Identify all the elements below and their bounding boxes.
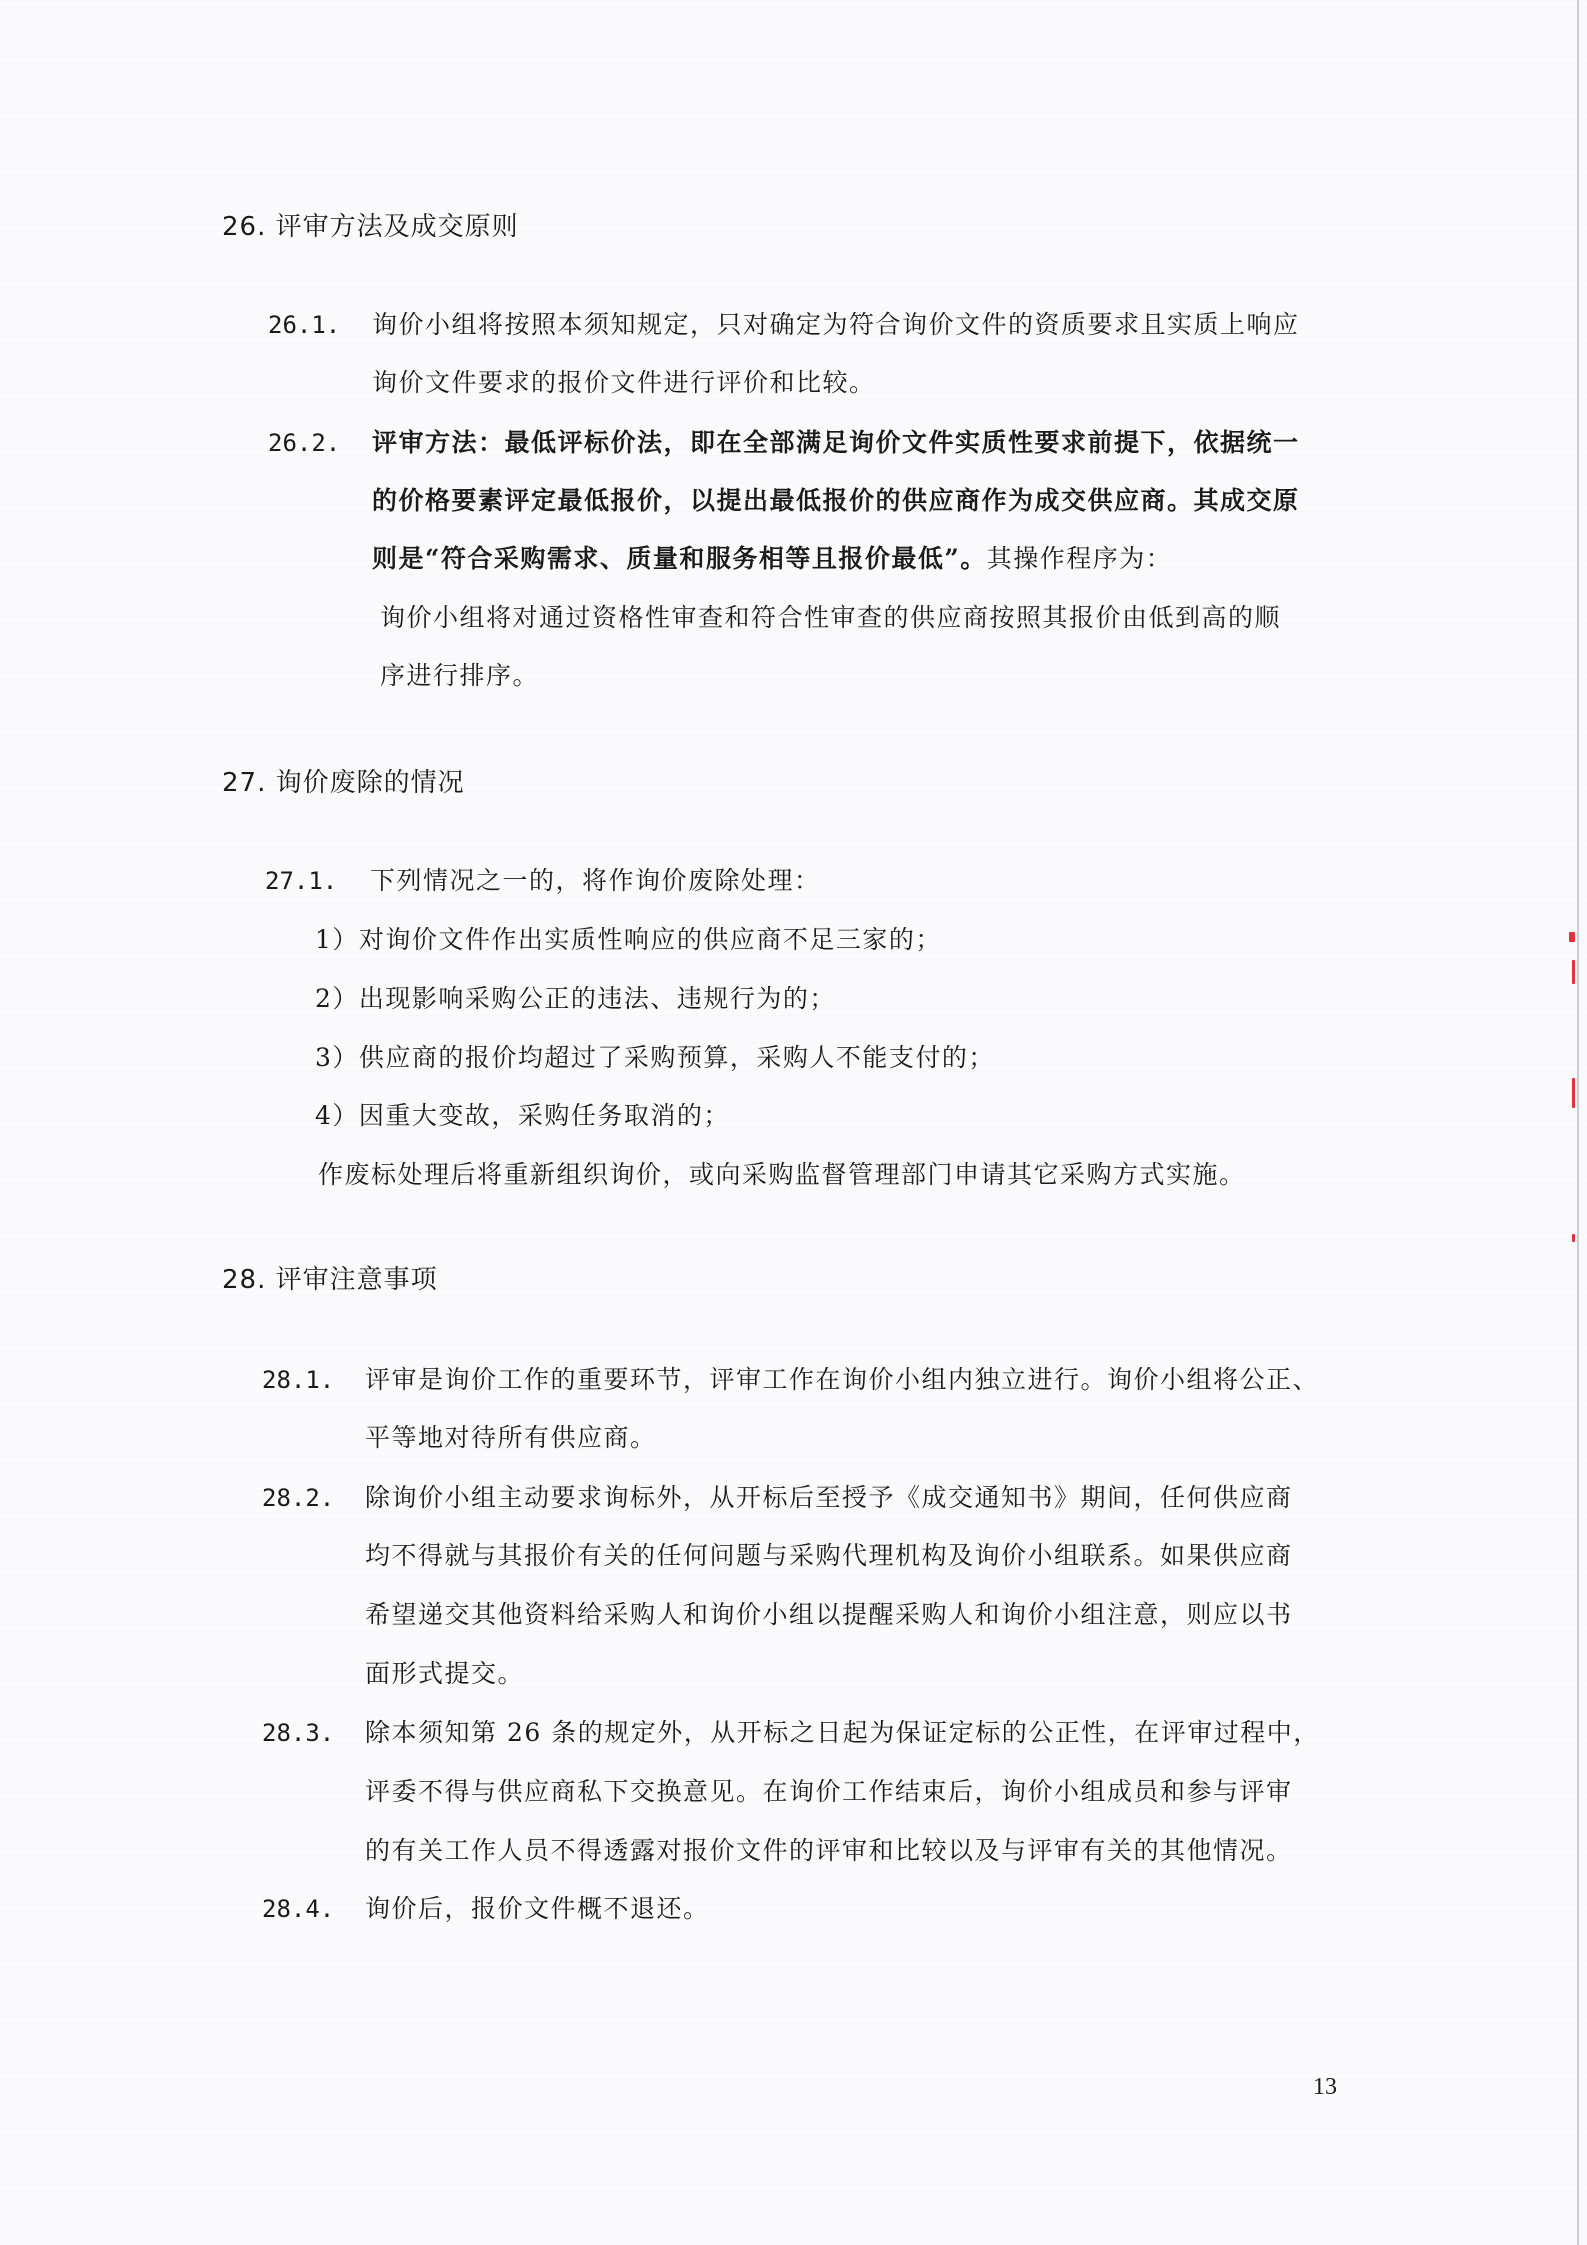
item-text-26-2-sub-line1: 询价小组将对通过资格性审查和符合性审查的供应商按照其报价由低到高的顺 xyxy=(380,603,1281,633)
item-text-26-2-line3-tail: 其操作程序为： xyxy=(987,544,1173,573)
item-number-28-1: 28.1. xyxy=(262,1365,334,1395)
item-text-26-2-bold-line3: 则是“符合采购需求、质量和服务相等且报价最低”。 xyxy=(372,544,987,573)
seal-stamp-fragment xyxy=(1572,960,1575,984)
item-text-26-2-sub-line2: 序进行排序。 xyxy=(380,661,539,691)
item-text-26-2-bold-line1: 评审方法：最低评标价法，即在全部满足询价文件实质性要求前提下，依据统一 xyxy=(372,428,1300,458)
item-text-28-3-line1: 除本须知第 26 条的规定外，从开标之日起为保证定标的公正性，在评审过程中， xyxy=(365,1718,1320,1748)
item-text-27-1: 下列情况之一的，将作询价废除处理： xyxy=(370,866,821,896)
item-text-28-2-line4: 面形式提交。 xyxy=(365,1659,524,1689)
item-number-28-4: 28.4. xyxy=(262,1894,334,1924)
item-text-26-2-line3: 则是“符合采购需求、质量和服务相等且报价最低”。其操作程序为： xyxy=(372,544,1172,574)
seal-stamp-fragment xyxy=(1569,932,1575,942)
item-number-26-2: 26.2. xyxy=(268,428,340,458)
seal-stamp-fragment xyxy=(1572,1078,1575,1108)
item-number-26-1: 26.1. xyxy=(268,310,340,340)
item-text-26-2-bold-line2: 的价格要素评定最低报价，以提出最低报价的供应商作为成交供应商。其成交原 xyxy=(372,486,1300,516)
item-number-27-1: 27.1. xyxy=(265,866,337,896)
list-item-27-1-3: 3）供应商的报价均超过了采购预算，采购人不能支付的； xyxy=(315,1043,995,1073)
item-text-28-1-line2: 平等地对待所有供应商。 xyxy=(365,1423,657,1453)
item-text-28-3-line3: 的有关工作人员不得透露对报价文件的评审和比较以及与评审有关的其他情况。 xyxy=(365,1836,1293,1866)
item-text-28-4: 询价后，报价文件概不退还。 xyxy=(365,1894,710,1924)
item-text-27-1-closing: 作废标处理后将重新组织询价，或向采购监督管理部门申请其它采购方式实施。 xyxy=(318,1160,1246,1190)
section-heading-26: 26. 评审方法及成交原则 xyxy=(222,212,519,242)
page-edge-line xyxy=(1577,0,1579,2245)
item-text-28-2-line3: 希望递交其他资料给采购人和询价小组以提醒采购人和询价小组注意，则应以书 xyxy=(365,1600,1293,1630)
item-text-26-1-line1: 询价小组将按照本须知规定，只对确定为符合询价文件的资质要求且实质上响应 xyxy=(372,310,1300,340)
item-text-28-2-line1: 除询价小组主动要求询标外，从开标后至授予《成交通知书》期间，任何供应商 xyxy=(365,1483,1293,1513)
list-item-27-1-2: 2）出现影响采购公正的违法、违规行为的； xyxy=(315,984,836,1014)
item-number-28-3: 28.3. xyxy=(262,1718,334,1748)
section-heading-28: 28. 评审注意事项 xyxy=(222,1265,438,1295)
list-item-27-1-1: 1）对询价文件作出实质性响应的供应商不足三家的； xyxy=(315,925,942,955)
page-number: 13 xyxy=(1313,2074,1337,2101)
item-text-28-1-line1: 评审是询价工作的重要环节，评审工作在询价小组内独立进行。询价小组将公正、 xyxy=(365,1365,1319,1395)
item-text-28-3-line2: 评委不得与供应商私下交换意见。在询价工作结束后，询价小组成员和参与评审 xyxy=(365,1777,1293,1807)
item-text-28-2-line2: 均不得就与其报价有关的任何问题与采购代理机构及询价小组联系。如果供应商 xyxy=(365,1541,1293,1571)
item-number-28-2: 28.2. xyxy=(262,1483,334,1513)
item-text-26-1-line2: 询价文件要求的报价文件进行评价和比较。 xyxy=(372,368,876,398)
section-heading-27: 27. 询价废除的情况 xyxy=(222,768,465,798)
list-item-27-1-4: 4）因重大变故，采购任务取消的； xyxy=(315,1101,730,1131)
seal-stamp-fragment xyxy=(1572,1234,1575,1242)
